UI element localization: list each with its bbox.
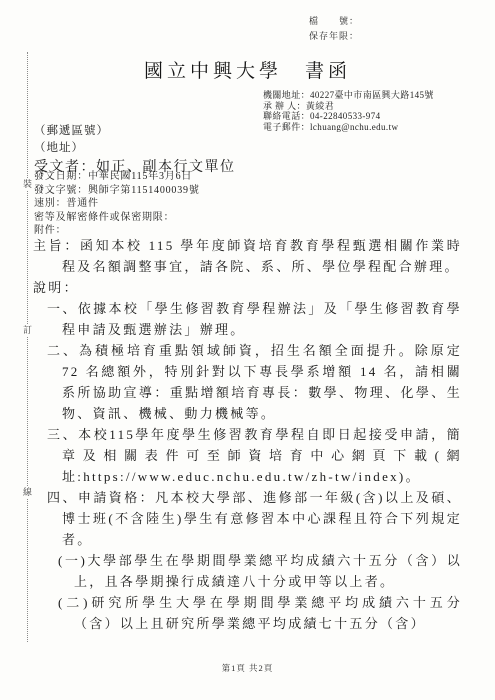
binding-dotted-line — [27, 52, 28, 642]
item-3-text: 本校115學年度學生修習教育學程自即日起接受申請，簡章及相關表件可至師資培育中心… — [62, 427, 462, 484]
binding-mark-xian: 線 — [22, 487, 33, 498]
speed-class: 速別：普通件 — [34, 197, 200, 211]
recipient-address: （地址） — [34, 140, 236, 157]
issue-date: 發文日期：中華民國115年3月6日 — [34, 170, 200, 184]
item-2-marker: 二、 — [47, 343, 79, 358]
item-2-text: 為積極培育重點領域師資，招生名額全面提升。除原定 72 名總額外，特別針對以下專… — [62, 343, 462, 421]
explanation-item-1: 一、依據本校「學生修習教育學程辦法」及「學生修習教育學程申請及甄選辦法」辦理。 — [33, 298, 462, 340]
sub-item-2: (二)研究所學生大學在學期間學業總平均成績六十五分（含）以上且研究所學業總平均成… — [33, 592, 462, 634]
retention-period-label: 保存年限： — [309, 29, 359, 44]
item-4-text: 申請資格：凡本校大學部、進修部一年級(含)以上及碩、博士班(不含陸生)學生有意修… — [62, 490, 462, 547]
item-1-text: 依據本校「學生修習教育學程辦法」及「學生修習教育學程申請及甄選辦法」辦理。 — [62, 301, 462, 337]
subject-text: 函知本校 115 學年度師資培育教育學程甄選相關作業時程及名額調整事宜，請各院、… — [62, 238, 462, 274]
doc-number: 發文字號：興師字第1151400039號 — [34, 184, 200, 198]
sub-item-2-marker: (二) — [58, 595, 90, 610]
meta-fields: 發文日期：中華民國115年3月6日 發文字號：興師字第1151400039號 速… — [34, 170, 200, 238]
letter-body: 主旨：函知本校 115 學年度師資培育教育學程甄選相關作業時程及名額調整事宜，請… — [33, 235, 462, 634]
binding-mark-ding: 訂 — [22, 325, 33, 336]
sub-item-1-text: 大學部學生在學期間學業總平均成績六十五分（含）以上，且各學期操行成績達八十分或甲… — [74, 553, 462, 589]
item-3-marker: 三、 — [47, 427, 78, 442]
item-4-marker: 四、 — [47, 490, 78, 505]
binding-mark-zhuang: 裝 — [22, 179, 33, 190]
sub-item-2-text: 研究所學生大學在學期間學業總平均成績六十五分（含）以上且研究所學業總平均成績七十… — [74, 595, 462, 631]
contact-block: 機關地址：40227臺中市南區興大路145號 承 辦 人：黃綾君 聯絡電話：04… — [263, 90, 434, 132]
file-number-label: 檔 號： — [309, 14, 359, 29]
sub-item-1-marker: (一) — [58, 553, 87, 568]
recipient-block: （郵遞區號） （地址） 受文者：如正、副本行文單位 — [34, 123, 236, 177]
explanation-item-3: 三、本校115學年度學生修習教育學程自即日起接受申請，簡章及相關表件可至師資培育… — [33, 424, 462, 487]
explanation-item-4: 四、申請資格：凡本校大學部、進修部一年級(含)以上及碩、博士班(不含陸生)學生有… — [33, 487, 462, 550]
contact-person: 承 辦 人：黃綾君 — [263, 101, 434, 112]
item-1-marker: 一、 — [47, 301, 78, 316]
contact-phone: 聯絡電話：04-22840533-974 — [263, 111, 434, 122]
sub-item-1: (一)大學部學生在學期間學業總平均成績六十五分（含）以上，且各學期操行成績達八十… — [33, 550, 462, 592]
contact-email: 電子郵件：lchuang@nchu.edu.tw — [263, 122, 434, 133]
document-title: 國立中興大學 書函 — [0, 56, 495, 83]
subject-paragraph: 主旨：函知本校 115 學年度師資培育教育學程甄選相關作業時程及名額調整事宜，請… — [33, 235, 462, 277]
subject-label: 主旨： — [33, 238, 80, 253]
official-letter-page: 裝 訂 線 檔 號： 保存年限： 國立中興大學 書函 機關地址：40227臺中市… — [0, 0, 495, 700]
page-number: 第1頁 共2頁 — [0, 662, 495, 674]
archive-fields: 檔 號： 保存年限： — [309, 14, 359, 44]
agency-address: 機關地址：40227臺中市南區興大路145號 — [263, 90, 434, 101]
recipient-zip: （郵遞區號） — [34, 123, 236, 140]
explanation-item-2: 二、為積極培育重點領域師資，招生名額全面提升。除原定 72 名總額外，特別針對以… — [33, 340, 462, 424]
explanation-label: 說明： — [33, 277, 462, 298]
security-class: 密等及解密條件或保密期限： — [34, 211, 200, 225]
